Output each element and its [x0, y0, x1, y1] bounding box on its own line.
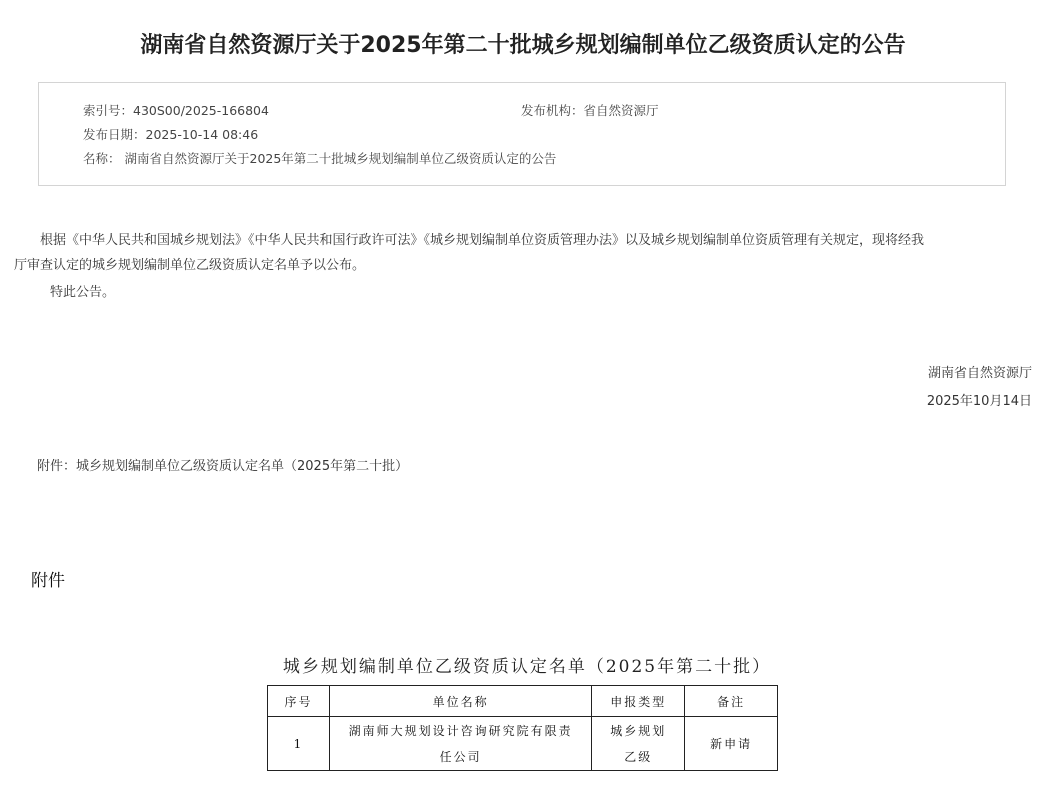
cell-type-line-2: 乙级: [592, 744, 684, 770]
body-paragraph-1-line-1: 根据《中华人民共和国城乡规划法》《中华人民共和国行政许可法》《城乡规划编制单位资…: [40, 233, 924, 248]
document-name-value: 湖南省自然资源厅关于2025年第二十批城乡规划编制单位乙级资质认定的公告: [125, 151, 557, 166]
index-number-value: 430S00/2025-166804: [133, 103, 269, 118]
announcement-body: 根据《中华人民共和国城乡规划法》《中华人民共和国行政许可法》《城乡规划编制单位资…: [14, 228, 1036, 305]
signature-date: 2025年10月14日: [927, 388, 1032, 416]
document-name-label: 名称：: [83, 151, 121, 166]
cell-type: 城乡规划 乙级: [592, 717, 685, 771]
body-paragraph-1: 根据《中华人民共和国城乡规划法》《中华人民共和国行政许可法》《城乡规划编制单位资…: [14, 228, 1036, 253]
cell-name-line-2: 任公司: [330, 744, 591, 770]
body-paragraph-2: 特此公告。: [14, 280, 1036, 305]
publisher: 发布机构：省自然资源厅: [521, 101, 659, 119]
publish-date: 发布日期：2025-10-14 08:46: [83, 125, 258, 143]
cell-remark: 新申请: [685, 717, 778, 771]
publish-date-label: 发布日期：: [83, 127, 146, 142]
attachment-link[interactable]: 附件：城乡规划编制单位乙级资质认定名单（2025年第二十批）: [37, 455, 408, 474]
table-row: 1 湖南师大规划设计咨询研究院有限责 任公司 城乡规划 乙级 新申请: [268, 717, 778, 771]
index-number-label: 索引号：: [83, 103, 133, 118]
roster-table: 序号 单位名称 申报类型 备注 1 湖南师大规划设计咨询研究院有限责 任公司 城…: [267, 685, 778, 771]
publisher-value: 省自然资源厅: [584, 103, 659, 118]
cell-no: 1: [268, 717, 330, 771]
cell-type-line-1: 城乡规划: [592, 718, 684, 744]
cell-name-line-1: 湖南师大规划设计咨询研究院有限责: [330, 718, 591, 744]
index-number: 索引号：430S00/2025-166804: [83, 101, 269, 119]
signature-block: 湖南省自然资源厅 2025年10月14日: [927, 360, 1032, 416]
body-paragraph-1-continued: 厅审查认定的城乡规划编制单位乙级资质认定名单予以公布。: [14, 253, 1036, 278]
cell-name: 湖南师大规划设计咨询研究院有限责 任公司: [329, 717, 591, 771]
document-info-box: 索引号：430S00/2025-166804 发布机构：省自然资源厅 发布日期：…: [38, 82, 1006, 186]
publish-date-value: 2025-10-14 08:46: [146, 127, 259, 142]
roster-title: 城乡规划编制单位乙级资质认定名单（2025年第二十批）: [267, 652, 787, 677]
header-remark: 备注: [685, 686, 778, 717]
signature-org: 湖南省自然资源厅: [927, 360, 1032, 388]
header-name: 单位名称: [329, 686, 591, 717]
header-type: 申报类型: [592, 686, 685, 717]
header-no: 序号: [268, 686, 330, 717]
table-header-row: 序号 单位名称 申报类型 备注: [268, 686, 778, 717]
document-name: 名称： 湖南省自然资源厅关于2025年第二十批城乡规划编制单位乙级资质认定的公告: [83, 149, 556, 167]
attachment-heading: 附件: [31, 566, 65, 591]
publisher-label: 发布机构：: [521, 103, 584, 118]
page-title: 湖南省自然资源厅关于2025年第二十批城乡规划编制单位乙级资质认定的公告: [0, 28, 1046, 59]
